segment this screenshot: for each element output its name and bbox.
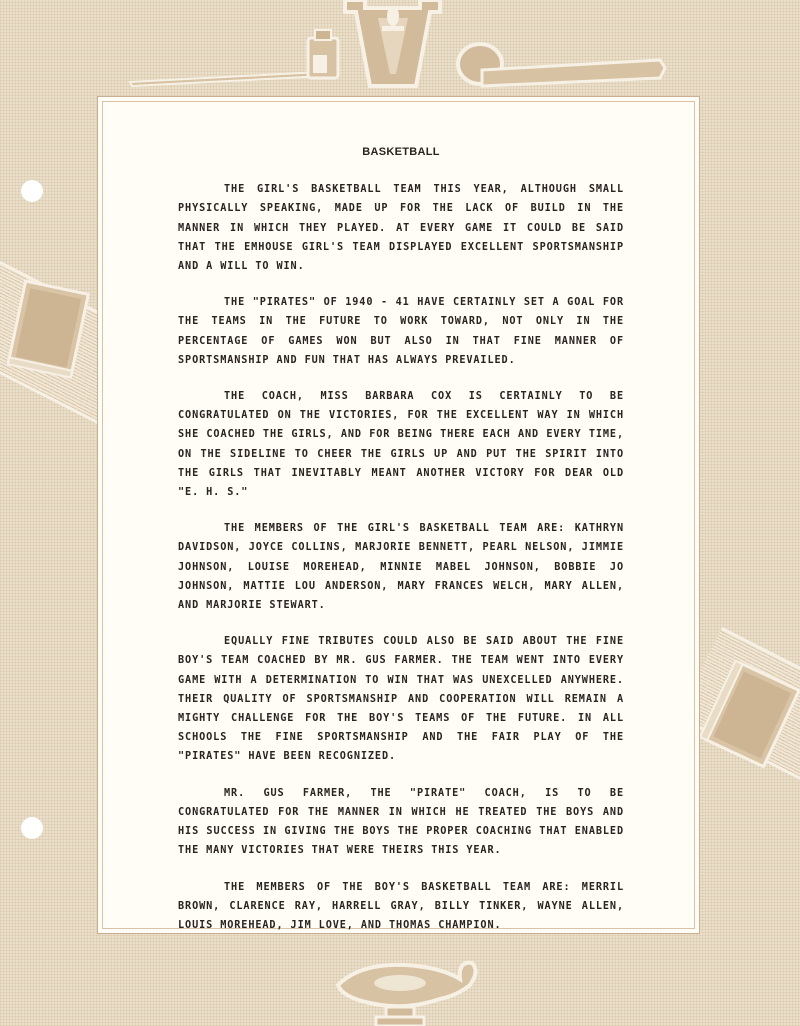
keystone-torch-icon <box>345 0 440 86</box>
document-body: BASKETBALL The girl's basketball team th… <box>178 143 624 952</box>
binder-hole-bottom <box>21 817 43 839</box>
paragraph-girls-team-members: The members of the girl's basketball tea… <box>178 519 624 615</box>
paragraph-boys-team-members: The members of the boy's basketball team… <box>178 878 624 936</box>
page-title: BASKETBALL <box>178 143 624 162</box>
book-icon <box>2 275 97 385</box>
binder-hole-top <box>21 180 43 202</box>
paragraph-boys-coach: Mr. Gus Farmer, the "Pirate" coach, is t… <box>178 784 624 861</box>
pipe-icon <box>458 44 665 86</box>
paragraph-pirates-1940-41: The "Pirates" of 1940 - 41 have certainl… <box>178 293 624 370</box>
book-icon <box>700 660 800 770</box>
pen-icon <box>130 72 325 86</box>
inkwell-icon <box>308 30 338 78</box>
paragraph-boys-team-tribute: Equally fine tributes could also be said… <box>178 632 624 766</box>
paragraph-girls-team-intro: The girl's basketball team this year, al… <box>178 180 624 276</box>
oil-lamp-icon <box>330 955 480 1026</box>
paragraph-girls-coach: The coach, Miss Barbara Cox is certainly… <box>178 387 624 502</box>
top-ornament <box>120 0 680 96</box>
